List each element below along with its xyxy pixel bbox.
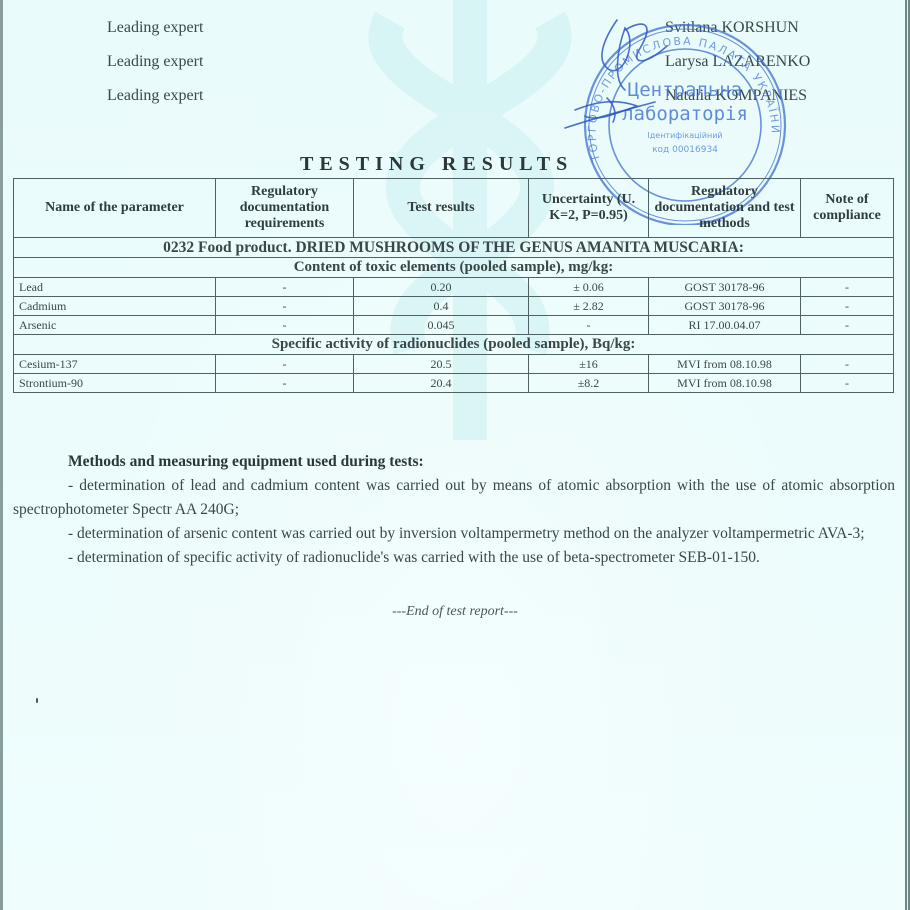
- parameter-name: Arsenic: [14, 316, 216, 335]
- signatory-name: Larysa LAZARENKO: [665, 53, 810, 71]
- table-row: Strontium-90 - 20.4 ±8.2 MVI from 08.10.…: [14, 374, 894, 393]
- column-header: Test results: [354, 179, 529, 238]
- method-cell: GOST 30178-96: [649, 297, 801, 316]
- column-header: Regulatory documentation requirements: [216, 179, 354, 238]
- table-row: Lead - 0.20 ± 0.06 GOST 30178-96 -: [14, 278, 894, 297]
- stamp-line-3: Ідентифікаційний: [647, 131, 722, 140]
- requirements-cell: -: [216, 316, 354, 335]
- compliance-cell: -: [801, 355, 894, 374]
- section-title: Content of toxic elements (pooled sample…: [14, 258, 894, 278]
- section-title: Specific activity of radionuclides (pool…: [14, 335, 894, 355]
- uncertainty-cell: ±8.2: [529, 374, 649, 393]
- methods-section: Methods and measuring equipment used dur…: [13, 450, 895, 570]
- result-cell: 0.045: [354, 316, 529, 335]
- uncertainty-cell: -: [529, 316, 649, 335]
- result-cell: 0.4: [354, 297, 529, 316]
- methods-heading: Methods and measuring equipment used dur…: [13, 450, 895, 474]
- table-header-row: Name of the parameter Regulatory documen…: [14, 179, 894, 238]
- signatory-name: Natalia KOMPANIES: [665, 87, 807, 105]
- parameter-name: Cadmium: [14, 297, 216, 316]
- method-cell: MVI from 08.10.98: [649, 374, 801, 393]
- column-header: Note of compliance: [801, 179, 894, 238]
- product-row: 0232 Food product. DRIED MUSHROOMS OF TH…: [14, 238, 894, 258]
- signatory-name: Svitlana KORSHUN: [665, 19, 799, 37]
- result-cell: 20.5: [354, 355, 529, 374]
- uncertainty-cell: ±16: [529, 355, 649, 374]
- compliance-cell: -: [801, 374, 894, 393]
- product-title: 0232 Food product. DRIED MUSHROOMS OF TH…: [14, 238, 894, 258]
- parameter-name: Lead: [14, 278, 216, 297]
- uncertainty-cell: ± 2.82: [529, 297, 649, 316]
- compliance-cell: -: [801, 297, 894, 316]
- page-edge-left: [0, 0, 3, 910]
- method-cell: GOST 30178-96: [649, 278, 801, 297]
- stamp-line-2: лабораторія: [622, 103, 748, 125]
- requirements-cell: -: [216, 297, 354, 316]
- compliance-cell: -: [801, 278, 894, 297]
- document-page: Leading expert Leading expert Leading ex…: [0, 0, 910, 910]
- page-edge-right: [904, 0, 910, 910]
- result-cell: 20.4: [354, 374, 529, 393]
- table-row: Arsenic - 0.045 - RI 17.00.04.07 -: [14, 316, 894, 335]
- method-item: - determination of arsenic content was c…: [13, 522, 895, 546]
- method-item: - determination of specific activity of …: [13, 546, 895, 570]
- signatory-role: Leading expert: [107, 87, 203, 105]
- uncertainty-cell: ± 0.06: [529, 278, 649, 297]
- stamp-line-4: код 00016934: [652, 145, 718, 155]
- column-header: Name of the parameter: [14, 179, 216, 238]
- testing-results-table: Name of the parameter Regulatory documen…: [13, 178, 894, 393]
- signatory-role: Leading expert: [107, 53, 203, 71]
- table-row: Cesium-137 - 20.5 ±16 MVI from 08.10.98 …: [14, 355, 894, 374]
- end-of-report-note: ---End of test report---: [0, 604, 910, 620]
- method-item: - determination of lead and cadmium cont…: [13, 474, 895, 522]
- requirements-cell: -: [216, 355, 354, 374]
- parameter-name: Strontium-90: [14, 374, 216, 393]
- scan-speck: [36, 698, 38, 703]
- method-cell: RI 17.00.04.07: [649, 316, 801, 335]
- table-row: Cadmium - 0.4 ± 2.82 GOST 30178-96 -: [14, 297, 894, 316]
- column-header: Uncertainty (U. K=2, P=0.95): [529, 179, 649, 238]
- page-title: TESTING RESULTS: [300, 153, 573, 176]
- section-row: Specific activity of radionuclides (pool…: [14, 335, 894, 355]
- section-row: Content of toxic elements (pooled sample…: [14, 258, 894, 278]
- requirements-cell: -: [216, 374, 354, 393]
- requirements-cell: -: [216, 278, 354, 297]
- result-cell: 0.20: [354, 278, 529, 297]
- signatory-role: Leading expert: [107, 19, 203, 37]
- compliance-cell: -: [801, 316, 894, 335]
- column-header: Regulatory documentation and test method…: [649, 179, 801, 238]
- method-cell: MVI from 08.10.98: [649, 355, 801, 374]
- parameter-name: Cesium-137: [14, 355, 216, 374]
